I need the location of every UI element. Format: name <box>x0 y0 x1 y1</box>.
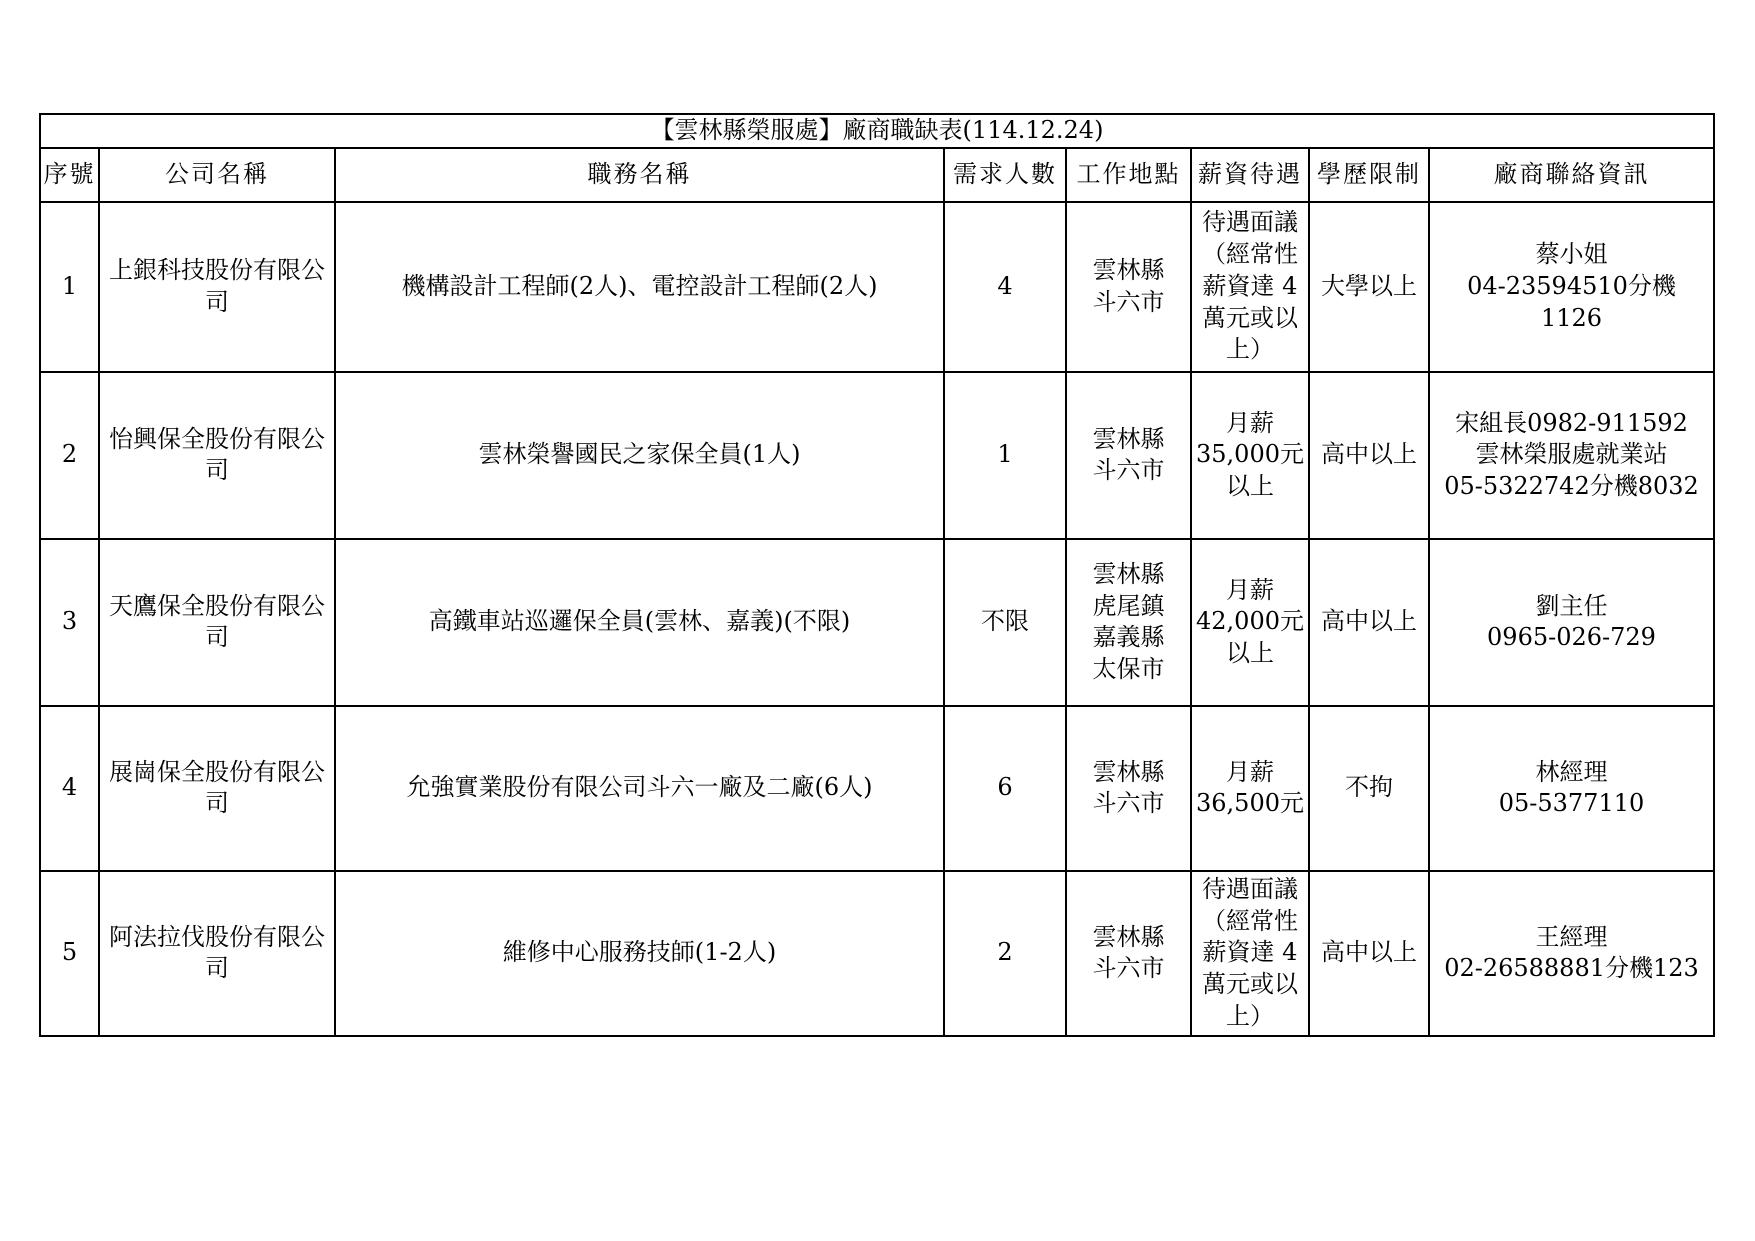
cell-contact: 宋組長0982-911592 雲林榮服處就業站 05-5322742分機8032 <box>1429 372 1714 539</box>
header-job-title: 職務名稱 <box>335 148 944 202</box>
cell-salary: 月薪 36,500元 <box>1191 706 1309 871</box>
header-location: 工作地點 <box>1066 148 1191 202</box>
table-row: 5 阿法拉伐股份有限公司 維修中心服務技師(1-2人) 2 雲林縣 斗六市 待遇… <box>40 871 1714 1036</box>
cell-education: 不拘 <box>1309 706 1429 871</box>
job-vacancy-table: 【雲林縣榮服處】廠商職缺表(114.12.24) 序號 公司名稱 職務名稱 需求… <box>39 113 1715 1037</box>
cell-education: 高中以上 <box>1309 871 1429 1036</box>
table-row: 3 天鷹保全股份有限公司 高鐵車站巡邏保全員(雲林、嘉義)(不限) 不限 雲林縣… <box>40 539 1714 706</box>
cell-salary: 待遇面議 （經常性 薪資達 4 萬元或以 上） <box>1191 202 1309 372</box>
cell-salary: 月薪 35,000元 以上 <box>1191 372 1309 539</box>
cell-contact: 王經理 02-26588881分機123 <box>1429 871 1714 1036</box>
cell-education: 高中以上 <box>1309 539 1429 706</box>
header-salary: 薪資待遇 <box>1191 148 1309 202</box>
title-row: 【雲林縣榮服處】廠商職缺表(114.12.24) <box>40 114 1714 148</box>
cell-contact: 劉主任 0965-026-729 <box>1429 539 1714 706</box>
cell-company: 展崗保全股份有限公司 <box>99 706 335 871</box>
cell-headcount: 1 <box>944 372 1066 539</box>
cell-company: 阿法拉伐股份有限公司 <box>99 871 335 1036</box>
header-education: 學歷限制 <box>1309 148 1429 202</box>
cell-job-title: 允強實業股份有限公司斗六一廠及二廠(6人) <box>335 706 944 871</box>
header-company: 公司名稱 <box>99 148 335 202</box>
header-row: 序號 公司名稱 職務名稱 需求人數 工作地點 薪資待遇 學歷限制 廠商聯絡資訊 <box>40 148 1714 202</box>
cell-seq: 4 <box>40 706 99 871</box>
cell-location: 雲林縣 虎尾鎮 嘉義縣 太保市 <box>1066 539 1191 706</box>
cell-company: 怡興保全股份有限公司 <box>99 372 335 539</box>
table-row: 4 展崗保全股份有限公司 允強實業股份有限公司斗六一廠及二廠(6人) 6 雲林縣… <box>40 706 1714 871</box>
cell-seq: 2 <box>40 372 99 539</box>
cell-seq: 3 <box>40 539 99 706</box>
cell-seq: 1 <box>40 202 99 372</box>
cell-contact: 蔡小姐 04-23594510分機 1126 <box>1429 202 1714 372</box>
cell-headcount: 不限 <box>944 539 1066 706</box>
cell-job-title: 雲林榮譽國民之家保全員(1人) <box>335 372 944 539</box>
cell-contact: 林經理 05-5377110 <box>1429 706 1714 871</box>
cell-job-title: 維修中心服務技師(1-2人) <box>335 871 944 1036</box>
cell-salary: 月薪 42,000元 以上 <box>1191 539 1309 706</box>
cell-job-title: 高鐵車站巡邏保全員(雲林、嘉義)(不限) <box>335 539 944 706</box>
document-page: 【雲林縣榮服處】廠商職缺表(114.12.24) 序號 公司名稱 職務名稱 需求… <box>0 0 1755 1241</box>
table-row: 2 怡興保全股份有限公司 雲林榮譽國民之家保全員(1人) 1 雲林縣 斗六市 月… <box>40 372 1714 539</box>
cell-job-title: 機構設計工程師(2人)、電控設計工程師(2人) <box>335 202 944 372</box>
header-headcount: 需求人數 <box>944 148 1066 202</box>
cell-company: 上銀科技股份有限公司 <box>99 202 335 372</box>
cell-headcount: 2 <box>944 871 1066 1036</box>
table-title: 【雲林縣榮服處】廠商職缺表(114.12.24) <box>40 114 1714 148</box>
cell-education: 大學以上 <box>1309 202 1429 372</box>
cell-headcount: 6 <box>944 706 1066 871</box>
cell-location: 雲林縣 斗六市 <box>1066 706 1191 871</box>
cell-seq: 5 <box>40 871 99 1036</box>
cell-company: 天鷹保全股份有限公司 <box>99 539 335 706</box>
header-contact: 廠商聯絡資訊 <box>1429 148 1714 202</box>
cell-salary: 待遇面議 （經常性 薪資達 4 萬元或以 上） <box>1191 871 1309 1036</box>
cell-location: 雲林縣 斗六市 <box>1066 202 1191 372</box>
header-seq: 序號 <box>40 148 99 202</box>
cell-education: 高中以上 <box>1309 372 1429 539</box>
cell-headcount: 4 <box>944 202 1066 372</box>
cell-location: 雲林縣 斗六市 <box>1066 871 1191 1036</box>
table-row: 1 上銀科技股份有限公司 機構設計工程師(2人)、電控設計工程師(2人) 4 雲… <box>40 202 1714 372</box>
cell-location: 雲林縣 斗六市 <box>1066 372 1191 539</box>
